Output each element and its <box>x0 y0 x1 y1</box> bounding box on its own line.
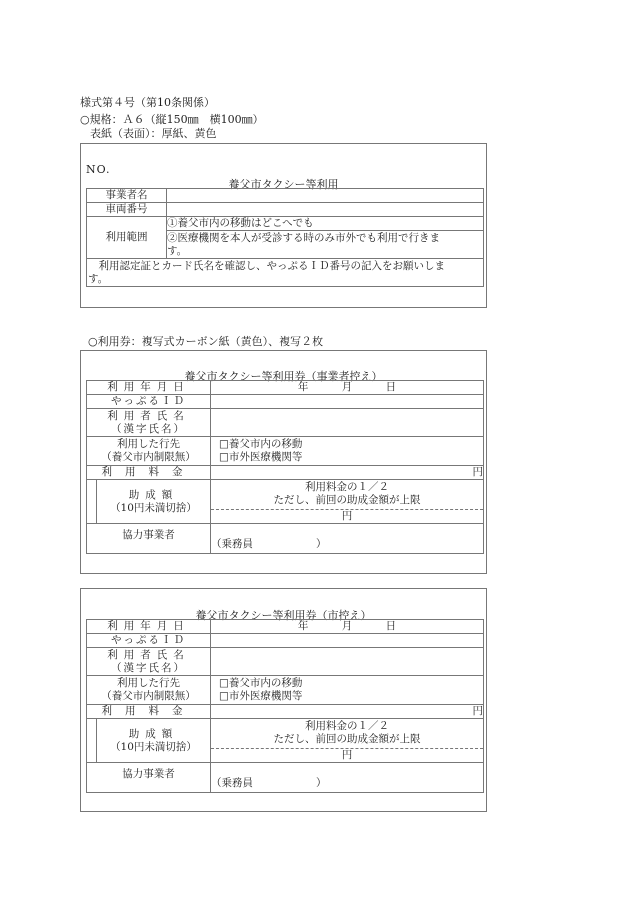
id-label: やっぷるＩＤ <box>87 634 211 648</box>
id-field[interactable] <box>211 395 484 409</box>
spec-text: ○規格：Ａ６（縦150㎜ 横100㎜） <box>80 114 264 125</box>
notice-line-2: す。 <box>88 273 483 286</box>
no-label: NO. <box>86 164 111 175</box>
user-name-field[interactable] <box>211 648 484 676</box>
ticket-business-copy: 養父市タクシー等利用券（事業者控え） 利用年月日 年 月 日 やっぷるＩＤ 利用… <box>80 350 487 574</box>
form-number: 様式第４号（第10条関係） <box>80 97 215 108</box>
month-label: 月 <box>342 620 353 633</box>
date-label: 利用年月日 <box>87 381 211 395</box>
subsidy-label: 助成額 （10円未満切捨） <box>97 719 211 763</box>
user-name-label-2: （漢字氏名） <box>87 423 210 436</box>
partner-label: 協力事業者 <box>87 524 211 554</box>
fee-label: 利用料金 <box>87 466 211 480</box>
month-label: 月 <box>342 381 353 394</box>
subsidy-note-1: 利用料金の１／２ <box>211 720 483 733</box>
vehicle-number-label: 車両番号 <box>87 203 167 217</box>
year-label: 年 <box>298 381 309 394</box>
destination-label-1: 利用した行先 <box>87 438 210 451</box>
scope-label: 利用範囲 <box>87 217 167 259</box>
driver-label: （乗務員 ） <box>211 777 327 789</box>
subsidy-unit: 円 <box>211 510 483 523</box>
subsidy-field[interactable]: 利用料金の１／２ ただし、前回の助成金額が上限 円 <box>211 480 484 524</box>
subsidy-label-2: （10円未満切捨） <box>97 502 210 515</box>
day-label: 日 <box>386 381 397 394</box>
date-field[interactable]: 年 月 日 <box>211 620 484 634</box>
scope-item-1: ①養父市内の移動はどこへでも <box>167 217 484 231</box>
subsidy-label: 助成額 （10円未満切捨） <box>97 480 211 524</box>
user-name-label-2: （漢字氏名） <box>87 662 210 675</box>
destination-checkbox-medical[interactable]: □市外医療機関等 <box>219 451 483 464</box>
subsidy-label-1: 助成額 <box>97 489 210 502</box>
subsidy-unit: 円 <box>211 749 483 762</box>
vehicle-number-field[interactable] <box>167 203 484 217</box>
subsidy-note-2: ただし、前回の助成金額が上限 <box>211 733 483 746</box>
ticket-city-copy: 養父市タクシー等利用券（市控え） 利用年月日 年 月 日 やっぷるＩＤ 利用者氏… <box>80 588 487 812</box>
scope-item-2-line1: ②医療機関を本人が受診する時のみ市外でも利用で行きま <box>167 232 483 245</box>
business-name-field[interactable] <box>167 189 484 203</box>
year-label: 年 <box>298 620 309 633</box>
business-name-label: 事業者名 <box>87 189 167 203</box>
fee-field[interactable]: 円 <box>211 705 484 719</box>
date-label: 利用年月日 <box>87 620 211 634</box>
cover-spec-text: 表紙（表面）：厚紙、黄色 <box>90 128 217 139</box>
user-name-label-1: 利用者氏名 <box>87 649 210 662</box>
notice-text: 利用認定証とカード氏名を確認し、やっぷるＩＤ番号の記入をお願いしま す。 <box>87 259 484 287</box>
notice-line-1: 利用認定証とカード氏名を確認し、やっぷるＩＤ番号の記入をお願いしま <box>88 260 483 273</box>
destination-options: □養父市内の移動 □市外医療機関等 <box>211 437 484 466</box>
subsidy-label-2: （10円未満切捨） <box>97 741 210 754</box>
destination-checkbox-medical[interactable]: □市外医療機関等 <box>219 690 483 703</box>
ticket-table: 利用年月日 年 月 日 やっぷるＩＤ 利用者氏名 （漢字氏名） 利用した行先 （… <box>86 619 484 793</box>
destination-label: 利用した行先 （養父市内制限無） <box>87 437 211 466</box>
scope-item-2: ②医療機関を本人が受診する時のみ市外でも利用で行きま す。 <box>167 231 484 259</box>
destination-checkbox-city[interactable]: □養父市内の移動 <box>219 677 483 690</box>
date-field[interactable]: 年 月 日 <box>211 381 484 395</box>
ticket-table: 利用年月日 年 月 日 やっぷるＩＤ 利用者氏名 （漢字氏名） 利用した行先 （… <box>86 380 484 554</box>
id-label: やっぷるＩＤ <box>87 395 211 409</box>
cover-card: NO. 養父市タクシー等利用 事業者名 車両番号 利用範囲 ①養父市内の移動はど… <box>80 143 487 308</box>
subsidy-field[interactable]: 利用料金の１／２ ただし、前回の助成金額が上限 円 <box>211 719 484 763</box>
ticket-section-label: ○利用券：複写式カーボン紙（黄色）、複写２枚 <box>88 336 323 347</box>
partner-label: 協力事業者 <box>87 763 211 793</box>
subsidy-label-1: 助成額 <box>97 728 210 741</box>
destination-options: □養父市内の移動 □市外医療機関等 <box>211 676 484 705</box>
user-name-label: 利用者氏名 （漢字氏名） <box>87 409 211 437</box>
subsidy-note-1: 利用料金の１／２ <box>211 481 483 494</box>
partner-field[interactable]: （乗務員 ） <box>211 763 484 793</box>
partner-field[interactable]: （乗務員 ） <box>211 524 484 554</box>
fee-field[interactable]: 円 <box>211 466 484 480</box>
user-name-label-1: 利用者氏名 <box>87 410 210 423</box>
user-name-label: 利用者氏名 （漢字氏名） <box>87 648 211 676</box>
driver-label: （乗務員 ） <box>211 538 327 550</box>
subsidy-note-2: ただし、前回の助成金額が上限 <box>211 494 483 507</box>
user-name-field[interactable] <box>211 409 484 437</box>
day-label: 日 <box>386 620 397 633</box>
destination-label-1: 利用した行先 <box>87 677 210 690</box>
scope-item-2-line2: す。 <box>167 245 483 258</box>
destination-label-2: （養父市内制限無） <box>87 451 210 464</box>
id-field[interactable] <box>211 634 484 648</box>
subsidy-indent <box>87 719 97 763</box>
destination-label: 利用した行先 （養父市内制限無） <box>87 676 211 705</box>
destination-checkbox-city[interactable]: □養父市内の移動 <box>219 438 483 451</box>
subsidy-indent <box>87 480 97 524</box>
fee-label: 利用料金 <box>87 705 211 719</box>
cover-table: 事業者名 車両番号 利用範囲 ①養父市内の移動はどこへでも ②医療機関を本人が受… <box>86 188 484 287</box>
destination-label-2: （養父市内制限無） <box>87 690 210 703</box>
